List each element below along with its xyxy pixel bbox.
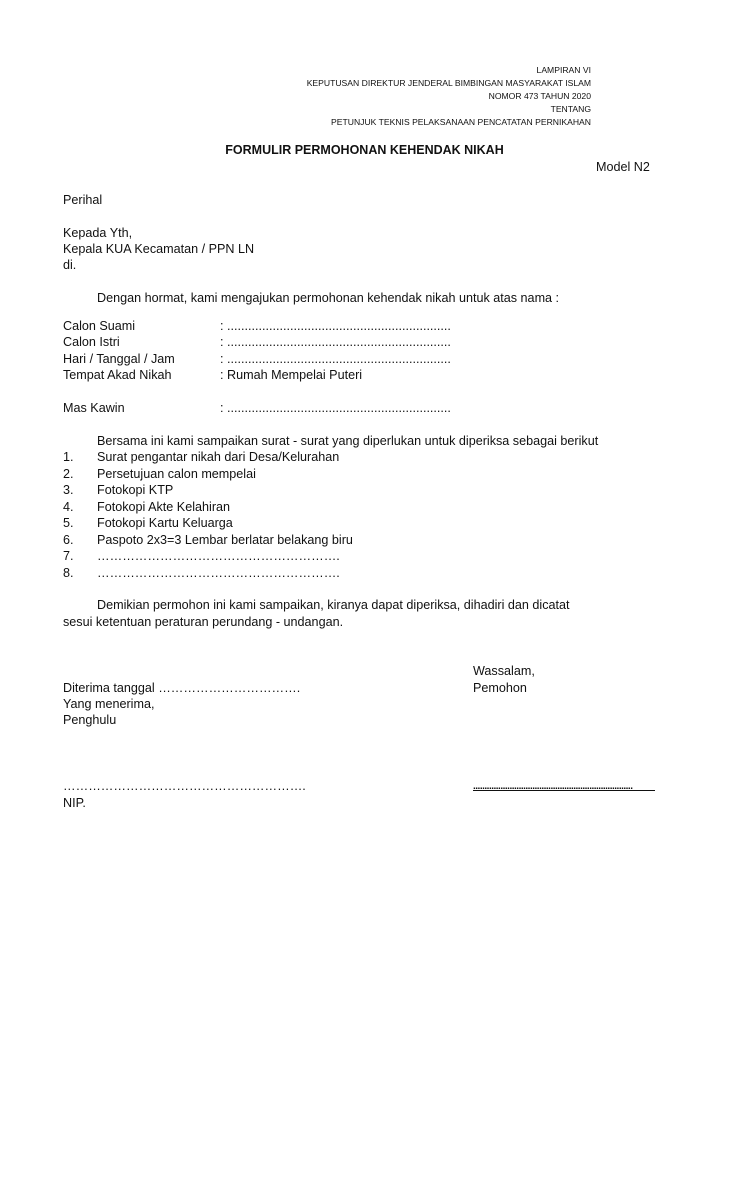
recipient-line: di.	[63, 258, 76, 272]
field-mas-kawin: Mas Kawin: .............................…	[63, 401, 451, 415]
field-label: Calon Istri	[63, 335, 220, 349]
receiver-label: Yang menerima,	[63, 697, 154, 711]
recipient-line: Kepada Yth,	[63, 226, 132, 240]
recipient-line: Kepala KUA Kecamatan / PPN LN	[63, 242, 254, 256]
field-label: Hari / Tanggal / Jam	[63, 352, 220, 366]
field-label: Tempat Akad Nikah	[63, 368, 220, 382]
perihal-label: Perihal	[63, 193, 102, 207]
receiver-role: Penghulu	[63, 713, 116, 727]
list-number: 7.	[63, 549, 74, 563]
list-item[interactable]: ………………………………………………….	[97, 549, 340, 563]
field-label: Calon Suami	[63, 319, 220, 333]
field-hari-tanggal-jam: Hari / Tanggal / Jam: ..................…	[63, 352, 451, 366]
field-value[interactable]: : ......................................…	[220, 352, 451, 366]
form-title: FORMULIR PERMOHONAN KEHENDAK NIKAH	[0, 143, 729, 157]
model-label: Model N2	[596, 160, 650, 174]
field-value[interactable]: : ......................................…	[220, 319, 451, 333]
list-number: 3.	[63, 483, 74, 497]
intro-paragraph: Dengan hormat, kami mengajukan permohona…	[97, 291, 559, 305]
header-line: NOMOR 473 TAHUN 2020	[307, 90, 591, 103]
list-number: 5.	[63, 516, 74, 530]
field-calon-istri: Calon Istri: ...........................…	[63, 335, 451, 349]
header-line: KEPUTUSAN DIREKTUR JENDERAL BIMBINGAN MA…	[307, 77, 591, 90]
list-item: Surat pengantar nikah dari Desa/Keluraha…	[97, 450, 339, 464]
list-item: Persetujuan calon mempelai	[97, 467, 256, 481]
received-date[interactable]: Diterima tanggal …………………………….	[63, 681, 300, 695]
field-value[interactable]: : ......................................…	[220, 401, 451, 415]
nip-label: NIP.	[63, 796, 86, 810]
list-number: 1.	[63, 450, 74, 464]
closing-line: Demikian permohon ini kami sampaikan, ki…	[97, 598, 570, 612]
document-header: LAMPIRAN VI KEPUTUSAN DIREKTUR JENDERAL …	[307, 64, 591, 129]
list-item[interactable]: ………………………………………………….	[97, 566, 340, 580]
closing-line: sesui ketentuan peraturan perundang - un…	[63, 615, 343, 629]
field-label: Mas Kawin	[63, 401, 220, 415]
field-value[interactable]: : ......................................…	[220, 335, 451, 349]
list-number: 4.	[63, 500, 74, 514]
list-number: 2.	[63, 467, 74, 481]
greeting: Wassalam,	[473, 664, 535, 678]
list-number: 6.	[63, 533, 74, 547]
list-item: Fotokopi Akte Kelahiran	[97, 500, 230, 514]
applicant-signature-line[interactable]: ........................................…	[473, 784, 655, 791]
documents-intro: Bersama ini kami sampaikan surat - surat…	[97, 434, 598, 448]
field-tempat-akad: Tempat Akad Nikah: Rumah Mempelai Puteri	[63, 368, 362, 382]
header-line: TENTANG	[307, 103, 591, 116]
header-line: PETUNJUK TEKNIS PELAKSANAAN PENCATATAN P…	[307, 116, 591, 129]
field-value: : Rumah Mempelai Puteri	[220, 368, 362, 382]
applicant-role: Pemohon	[473, 681, 527, 695]
list-item: Paspoto 2x3=3 Lembar berlatar belakang b…	[97, 533, 353, 547]
list-item: Fotokopi KTP	[97, 483, 173, 497]
field-calon-suami: Calon Suami: ...........................…	[63, 319, 451, 333]
header-line: LAMPIRAN VI	[307, 64, 591, 77]
officer-signature-line[interactable]: ………………………………………………….	[63, 779, 306, 793]
list-item: Fotokopi Kartu Keluarga	[97, 516, 233, 530]
list-number: 8.	[63, 566, 74, 580]
